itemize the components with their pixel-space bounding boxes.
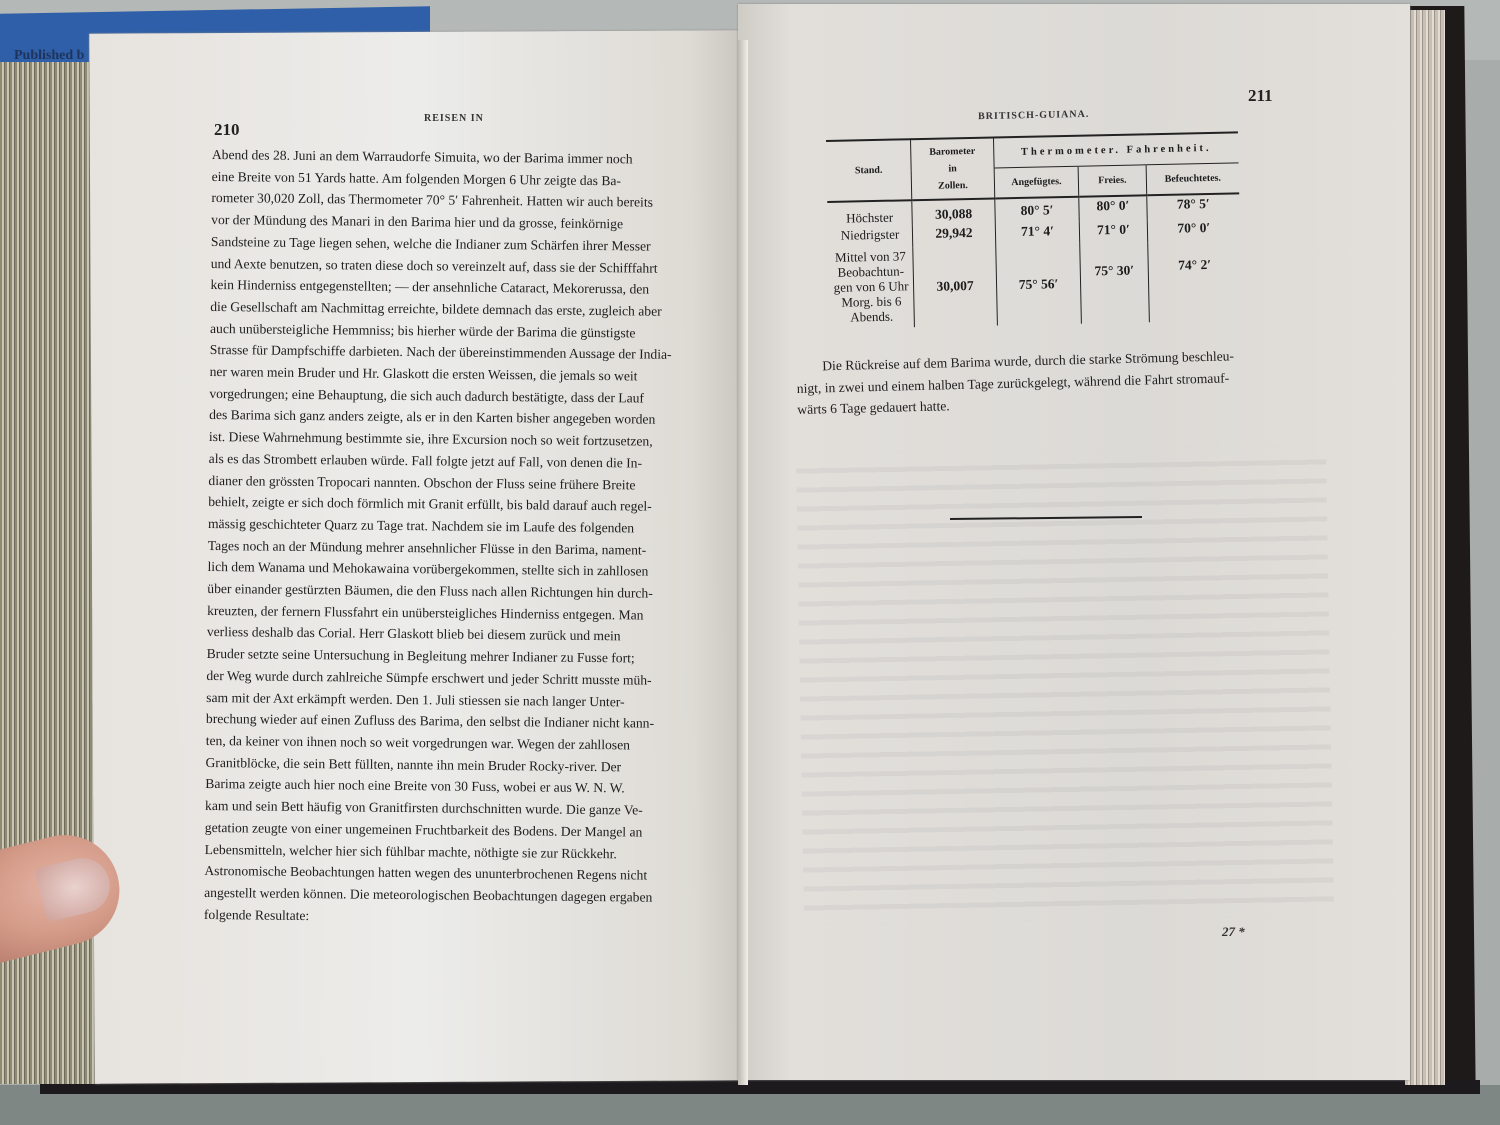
cell-barometer: 30,007 [913,245,998,327]
col-header-angefuegtes: Angefügtes. [994,166,1079,198]
cell-barometer: 29,942 [912,223,995,247]
cell-stand: Mittel von 37 Beobachtun-gen von 6 Uhr M… [828,247,914,329]
signature-mark: 27 * [1222,924,1245,940]
barometer-in-label: in [948,163,957,174]
col-header-freies: Freies. [1078,165,1146,197]
cell-befeuchtetes: 70° 0′ [1147,218,1240,242]
running-head-left: REISEN IN [424,113,484,124]
cell-befeuchtetes: 74° 2′ [1148,240,1242,322]
page-block-right [1405,10,1445,1085]
cell-barometer: 30,088 [912,198,996,225]
cell-freies: 71° 0′ [1079,220,1147,243]
barometer-unit-label: Zollen. [938,180,968,192]
cell-befeuchtetes: 78° 5′ [1147,193,1240,220]
col-header-barometer: Barometer in Zollen. [911,137,995,200]
page-number-right: 211 [1248,86,1273,106]
book-gutter [738,40,748,1085]
meteorological-table: Stand. Barometer in Zollen. Thermometer.… [826,131,1242,329]
table-row: Mittel von 37 Beobachtun-gen von 6 Uhr M… [828,240,1242,329]
barometer-label: Barometer [929,146,975,158]
cell-stand: Niedrigster [828,225,913,249]
cell-freies: 80° 0′ [1079,195,1147,221]
col-header-befeuchtetes: Befeuchtetes. [1146,163,1239,195]
cell-freies: 75° 30′ [1080,242,1149,323]
col-header-stand: Stand. [826,139,912,202]
left-page-body: Abend des 28. Juni an dem Warraudorfe Si… [204,144,694,930]
cell-angefuegtes: 75° 56′ [996,244,1082,326]
page-number-left: 210 [214,120,240,140]
right-page-paragraph: Die Rückreise auf dem Barima wurde, durc… [796,343,1309,420]
cell-stand: Höchster [827,200,912,227]
running-head-right: BRITISCH-GUIANA. [978,109,1090,122]
cell-angefuegtes: 80° 5′ [995,197,1080,224]
cell-angefuegtes: 71° 4′ [995,222,1080,246]
